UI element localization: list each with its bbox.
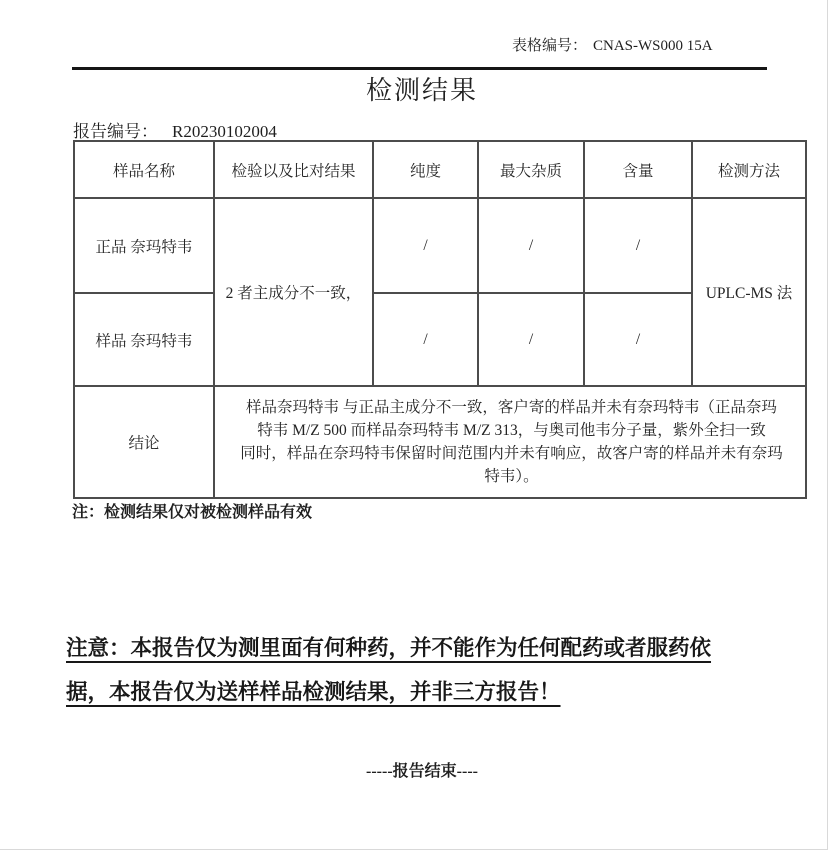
- method-cell: UPLC-MS 法: [692, 198, 806, 386]
- header-content: 含量: [584, 141, 692, 198]
- conclusion-text-cell: 样品奈玛特韦 与正品主成分不一致，客户寄的样品并未有奈玛特韦（正品奈玛 特韦 M…: [214, 386, 806, 498]
- sample-max-impurity: /: [478, 293, 584, 386]
- results-table: 样品名称 检验以及比对结果 纯度 最大杂质 含量 检测方法 正品 奈玛特韦 2 …: [73, 140, 807, 499]
- genuine-max-impurity: /: [478, 198, 584, 293]
- conclusion-line-4: 特韦）。: [215, 465, 805, 488]
- header-comparison-result: 检验以及比对结果: [214, 141, 373, 198]
- conclusion-label: 结论: [74, 386, 214, 498]
- report-number-value: R20230102004: [172, 122, 277, 141]
- conclusion-line-2: 特韦 M/Z 500 而样品奈玛特韦 M/Z 313，与奥司他韦分子量，紫外全扫…: [215, 419, 805, 442]
- header-max-impurity: 最大杂质: [478, 141, 584, 198]
- header-purity: 纯度: [373, 141, 478, 198]
- table-row-genuine: 正品 奈玛特韦 2 者主成分不一致， / / / UPLC-MS 法: [74, 198, 806, 293]
- warning-line-1: 注意：本报告仅为测里面有何种药，并不能作为任何配药或者服药依: [66, 634, 807, 662]
- page-title: 检测结果: [0, 76, 827, 106]
- report-page: 表格编号：CNAS-WS000 15A 检测结果 报告编号：R202301020…: [0, 0, 828, 850]
- genuine-content: /: [584, 198, 692, 293]
- report-number-label: 报告编号：: [73, 122, 158, 141]
- report-number: 报告编号：R20230102004: [73, 117, 277, 142]
- table-header-row: 样品名称 检验以及比对结果 纯度 最大杂质 含量 检测方法: [74, 141, 806, 198]
- validity-note: 注：检测结果仅对被检测样品有效: [72, 499, 312, 522]
- form-number-label: 表格编号：: [512, 38, 587, 54]
- conclusion-line-1: 样品奈玛特韦 与正品主成分不一致，客户寄的样品并未有奈玛特韦（正品奈玛: [215, 396, 805, 419]
- header-rule: [72, 67, 767, 70]
- header-sample-name: 样品名称: [74, 141, 214, 198]
- header-method: 检测方法: [692, 141, 806, 198]
- form-number: 表格编号：CNAS-WS000 15A: [512, 34, 713, 55]
- comparison-result-cell: 2 者主成分不一致，: [214, 198, 373, 386]
- form-number-value: CNAS-WS000 15A: [593, 38, 713, 54]
- genuine-sample-name: 正品 奈玛特韦: [74, 198, 214, 293]
- sample-sample-name: 样品 奈玛特韦: [74, 293, 214, 386]
- sample-purity: /: [373, 293, 478, 386]
- genuine-purity: /: [373, 198, 478, 293]
- warning-line-2: 据，本报告仅为送样样品检测结果，并非三方报告！: [66, 678, 807, 706]
- report-end-marker: -----报告结束----: [0, 758, 827, 781]
- conclusion-row: 结论 样品奈玛特韦 与正品主成分不一致，客户寄的样品并未有奈玛特韦（正品奈玛 特…: [74, 386, 806, 498]
- sample-content: /: [584, 293, 692, 386]
- conclusion-line-3: 同时，样品在奈玛特韦保留时间范围内并未有响应，故客户寄的样品并未有奈玛: [215, 442, 805, 465]
- warning-text: 注意：本报告仅为测里面有何种药，并不能作为任何配药或者服药依 据，本报告仅为送样…: [66, 634, 807, 722]
